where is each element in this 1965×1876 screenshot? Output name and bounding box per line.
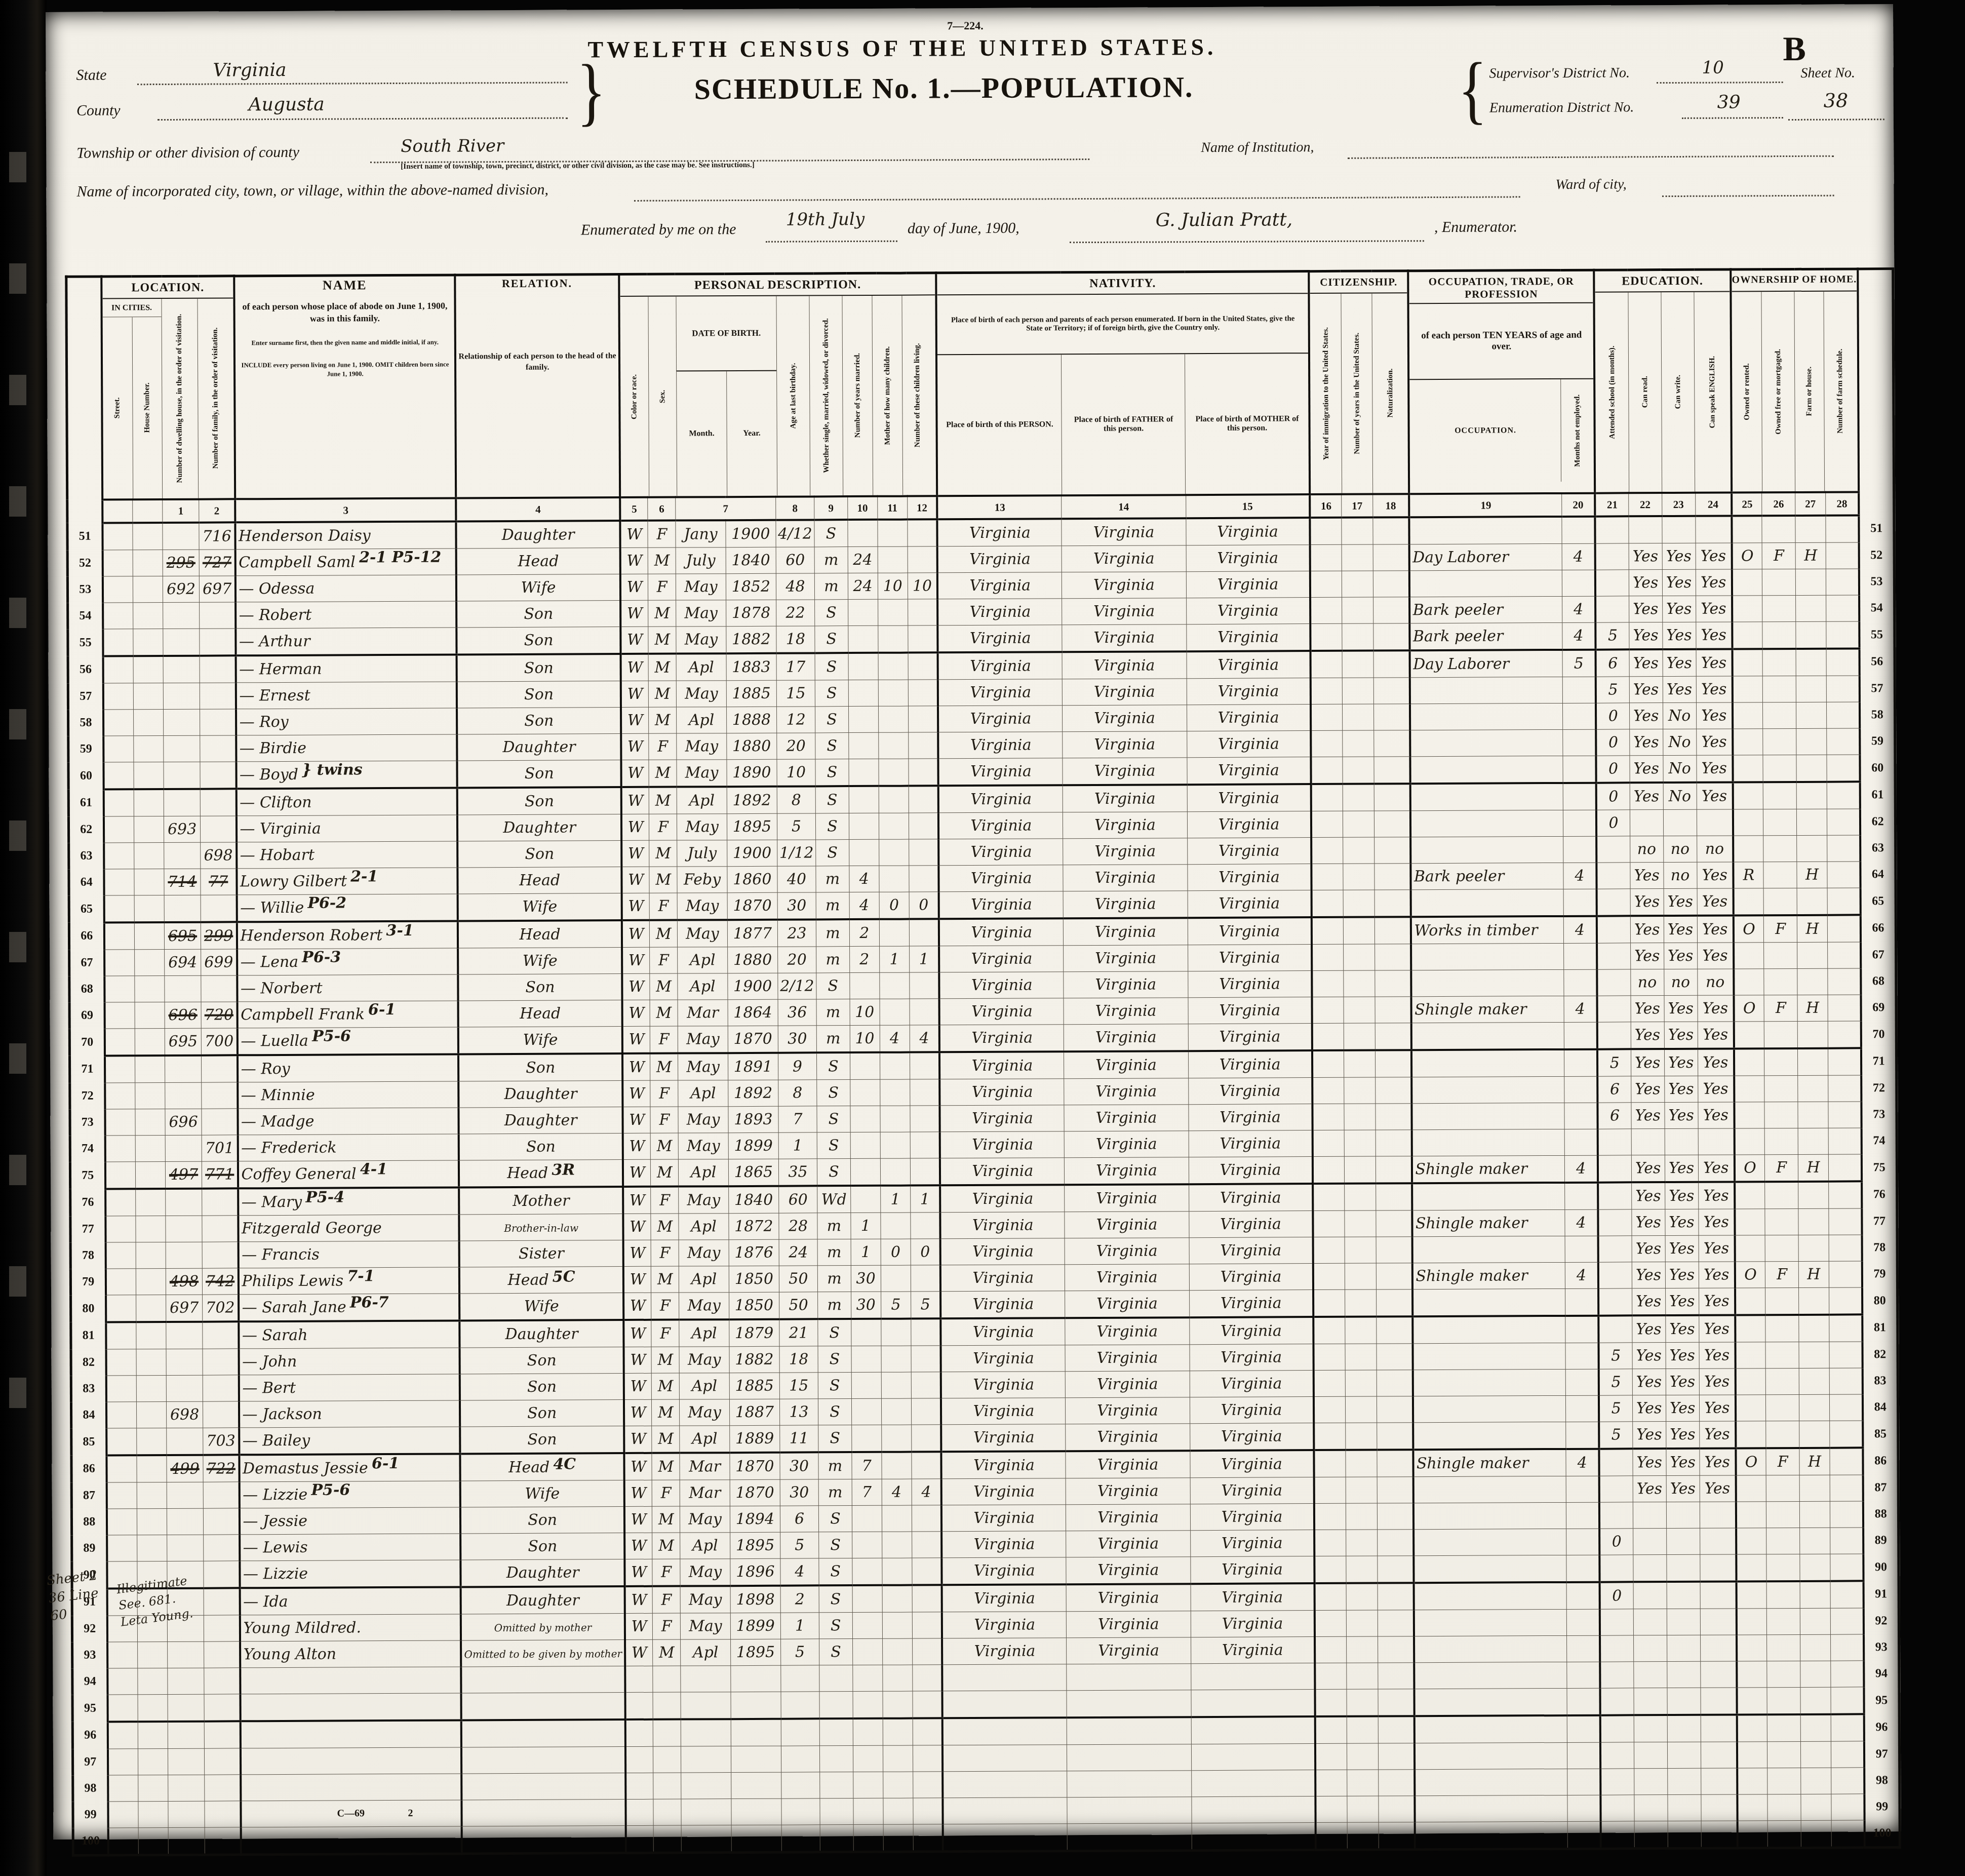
cell-pb: Virginia [938,625,1063,653]
cell-fm [205,1827,241,1855]
ownership-title: OWNERSHIP OF HOME. [1732,270,1857,292]
cell-sch [1601,1821,1634,1849]
cell-wr [1666,1554,1700,1582]
cell-pb: Virginia [940,1079,1065,1106]
cell-pbf [1067,1823,1192,1851]
cell-pbm: Virginia [1187,838,1312,865]
line-number-right: 77 [1862,1208,1897,1235]
cell-fm [200,655,236,683]
cell-sex: F [649,733,677,760]
sheet-header: 7—224. TWELFTH CENSUS OF THE UNITED STAT… [46,4,1894,276]
cell-sch [1600,1609,1633,1635]
cell-name: — Minnie [238,1081,459,1109]
cell-mtg [1763,862,1797,888]
cell-fh [1798,1048,1828,1076]
cell-own [1733,809,1763,836]
cell-own: O [1736,1448,1766,1475]
cell-yi [1313,1156,1344,1184]
cell-rel: Son [460,1426,624,1454]
township-label: Township or other division of county [76,144,299,162]
column-number-cell: 13 [937,495,1062,519]
table-header-row: LOCATION. IN CITIES. Street. House Numbe… [66,269,1894,500]
cell-ym [852,1585,882,1613]
cell-mc [880,1079,910,1106]
cell-occ [1410,756,1563,784]
sex-col-label: Sex. [658,387,667,406]
cell-sex [654,1825,682,1853]
education-title: EDUCATION. [1595,270,1730,292]
line-number-right: 75 [1862,1154,1897,1182]
cell-dw: 696 [165,1109,202,1135]
cell-name: — Roy [238,1054,458,1082]
cell-wr: Yes [1664,888,1697,916]
cell-yi [1312,917,1343,945]
cell-fh [1796,809,1827,835]
cell-rd: Yes [1632,1209,1665,1236]
cell-mo: Apl [676,653,726,681]
institution-label: Name of Institution, [1201,139,1314,156]
cell-mc [883,1824,913,1852]
cell-cl [912,1505,941,1532]
cell-rel: Head [458,867,622,894]
enumerated-label2: day of June, 1900, [908,220,1019,238]
line-number-right: 55 [1860,621,1895,649]
cell-pb: Virginia [941,1398,1066,1425]
cell-mar: m [818,1479,852,1506]
cell-rel: Wife [456,574,620,601]
pob-father-col-label: Place of birth of FATHER of this person. [1062,415,1185,434]
cell-mc [880,1132,910,1158]
cell-hn [138,1827,169,1855]
cell-rel: Son [457,787,621,815]
cell-fs [1828,995,1861,1021]
cell-age: 1 [778,1132,817,1159]
cell-en [1697,809,1733,836]
cell-dw: 714 [164,869,201,895]
cell-hn [137,1642,168,1668]
cell-yr: 1870 [730,1453,780,1480]
cell-pbf: Virginia [1066,1424,1190,1452]
cell-fm [200,602,236,629]
cell-yi [1314,1503,1346,1530]
cell-rel [461,1693,625,1721]
cell-fh: H [1797,995,1828,1021]
cell-col: W [622,1000,650,1026]
cell-mo: May [678,920,728,947]
cell-pb: Virginia [941,1291,1066,1319]
cell-own [1735,1235,1765,1262]
cell-mc: 10 [878,573,908,599]
cell-col: W [620,574,648,600]
cell-pbm: Virginia [1189,1211,1313,1238]
cell-age: 35 [778,1159,817,1186]
cell-yi [1312,944,1344,970]
year-col-label: Year. [743,429,761,438]
cell-rd: Yes [1632,1422,1666,1449]
color-col-label: Color or race. [630,371,639,422]
line-number-left: 77 [70,1216,105,1242]
cell-age [781,1718,820,1746]
cell-mne [1563,943,1597,969]
cell-col: W [621,707,649,733]
cell-own [1735,1128,1765,1155]
cell-yi [1314,1477,1346,1503]
cell-rd [1634,1715,1667,1742]
cell-wr: Yes [1665,1315,1699,1343]
cell-wr [1667,1661,1700,1688]
cell-mne [1566,1609,1600,1635]
cell-fh [1796,595,1826,621]
cell-pbm: Virginia [1190,1450,1315,1478]
cell-mo: May [680,1506,730,1533]
cell-nat [1375,1077,1412,1104]
cell-name: Lowry Gilbert 2-1 [237,868,458,895]
cell-yr: 1870 [727,892,777,920]
cell-mar: S [818,1425,852,1453]
cell-yus [1344,1050,1375,1078]
cell-yr: 1889 [730,1425,780,1453]
relation-desc: Relationship of each person to the head … [456,350,618,373]
cell-fs [1828,1075,1862,1102]
cell-mtg [1763,676,1796,702]
cell-col [625,1799,653,1825]
cell-yi [1315,1689,1347,1716]
cell-ym: 7 [852,1452,882,1479]
cell-fs [1826,702,1860,728]
signature-line [1070,225,1424,243]
cell-st [107,1749,138,1775]
line-number-left: 100 [73,1828,108,1855]
cell-dw [165,1135,202,1161]
cell-rel: Son [456,601,620,628]
cell-mne: 4 [1562,596,1595,622]
cell-mtg [1767,1608,1800,1634]
cell-en [1701,1768,1737,1794]
cell-fs [1827,862,1861,888]
years-married-col-label: Number of years married. [853,350,862,441]
cell-rel [462,1826,626,1854]
cell-mtg: F [1765,1154,1798,1182]
cell-mo: Jany [676,520,726,548]
cell-fm: 716 [199,522,235,550]
cell-mar: S [818,1346,851,1373]
cell-name: — Madge [238,1108,459,1135]
cell-yi [1314,1344,1345,1370]
cell-fs [1830,1608,1864,1634]
cell-fh [1800,1634,1831,1661]
cell-own: O [1735,1155,1765,1182]
cell-fh [1798,1182,1829,1209]
cell-mtg [1763,835,1797,862]
cell-mar [820,1799,853,1825]
cell-nat [1377,1503,1413,1530]
cell-pbf [1067,1690,1191,1718]
cell-yus [1344,1130,1375,1156]
cell-mne [1567,1715,1600,1743]
cell-mo [681,1825,731,1853]
cell-mne [1565,1369,1599,1395]
cell-fs [1828,968,1861,995]
column-number-cell: 18 [1373,494,1409,517]
cell-col: W [622,947,650,973]
cell-fh [1796,676,1826,702]
cell-mtg [1764,968,1797,995]
cell-pbm: Virginia [1189,1130,1313,1157]
cell-col: W [621,733,649,760]
cell-en: Yes [1699,1395,1736,1421]
cell-rd: Yes [1629,729,1663,756]
cell-pbf: Virginia [1063,838,1188,865]
cell-cl [910,1106,940,1132]
cell-mc: 5 [881,1292,911,1319]
cell-pbf: Virginia [1062,518,1186,546]
cell-mne: 5 [1562,650,1596,677]
cell-mo: May [677,814,727,840]
cell-fh: H [1795,542,1826,569]
cell-yr: 1870 [728,1026,778,1053]
cell-cl: 1 [909,946,939,972]
cell-pbf: Virginia [1065,1157,1189,1185]
cell-pbf: Virginia [1064,971,1188,998]
cell-age: 24 [779,1239,818,1266]
cell-st [105,1083,135,1109]
cell-hn [135,1189,166,1216]
cell-mar [820,1825,853,1852]
cell-pbm: Virginia [1188,1024,1313,1051]
cell-sch [1598,1262,1632,1288]
cell-yi [1315,1743,1347,1770]
col-group-name: NAME of each person whose place of abode… [234,275,456,499]
cell-nat [1377,1423,1413,1450]
cell-fs [1828,1154,1862,1182]
cell-hn [134,869,164,895]
cell-fs [1831,1714,1864,1741]
cell-hn [136,1401,167,1428]
cell-pbm: Virginia [1189,1157,1313,1185]
cell-occ [1412,1236,1565,1263]
cell-fs [1827,915,1861,942]
cell-nat [1378,1689,1414,1716]
cell-rel: Omitted by mother [461,1614,625,1640]
cell-yi [1312,837,1343,864]
cell-sch [1597,996,1631,1022]
cell-hn [138,1775,168,1801]
cell-cl [908,546,937,573]
cell-mtg [1767,1661,1800,1687]
line-number-left: 74 [70,1136,105,1162]
cell-ym [848,706,878,732]
cell-sex: M [651,1214,679,1240]
cell-yr: 1892 [727,787,777,814]
cell-mo: May [677,760,727,787]
cell-pbf: Virginia [1066,1451,1190,1478]
farm-house-col-label: Farm or house. [1804,364,1814,419]
cell-en: Yes [1698,1182,1735,1209]
line-number-left: 76 [70,1189,105,1217]
cell-rel: Head [458,1000,622,1027]
cell-mne [1562,703,1596,729]
cell-yr [731,1772,781,1799]
cell-mc [881,1425,911,1452]
cell-yr: 1852 [726,573,776,600]
cell-sch [1597,863,1630,889]
cell-rd: Yes [1631,1103,1665,1129]
cell-fh [1798,1075,1828,1102]
cell-yus [1347,1716,1378,1744]
cell-wr: no [1663,862,1697,888]
line-number-right: 78 [1862,1235,1897,1261]
col-group-education: EDUCATION. Attended school (in months). … [1594,269,1732,493]
cell-nat [1376,1263,1412,1289]
cell-fm [203,1349,239,1375]
cell-pbm [1191,1716,1316,1744]
cell-mtg [1766,1421,1799,1448]
enumerated-label: Enumerated by me on the [581,221,736,239]
cell-name: — Luella P5-6 [238,1027,458,1055]
cell-st [107,1695,138,1722]
cell-ym: 24 [848,573,878,599]
cell-mtg: F [1764,995,1797,1021]
cell-wr: Yes [1664,916,1697,943]
cell-name: — Clifton [237,788,457,815]
cell-cl [909,759,938,786]
cell-yus [1347,1663,1378,1689]
cell-pb [943,1824,1068,1852]
cell-age: 4 [780,1558,819,1586]
cell-age: 18 [776,626,815,653]
cell-col: W [621,681,649,707]
cell-pbm: Virginia [1187,784,1312,812]
cell-mo: May [678,1107,728,1133]
cell-mc [879,786,909,813]
nativity-title: NATIVITY. [937,272,1308,295]
cell-st [106,1376,136,1402]
cell-mo: May [680,1559,730,1586]
cell-nat [1373,650,1410,678]
cell-cl [909,732,938,759]
name-desc: of each person whose place of abode on J… [235,299,454,325]
cell-hn [133,629,163,656]
cell-col: W [621,867,649,893]
cell-st [106,1402,137,1428]
cell-occ: Bark peeler [1410,596,1562,623]
cell-sch [1600,1742,1634,1769]
cell-fs [1826,676,1860,702]
cell-sex: F [652,1559,680,1586]
cell-own: O [1732,543,1762,569]
cell-mar: m [816,919,850,947]
cell-rel: Sister [459,1240,623,1267]
cell-ym [850,1052,880,1080]
cell-fh [1798,1208,1829,1235]
cell-en [1700,1554,1736,1582]
cell-name: Fitzgerald George [239,1215,459,1242]
cell-hn [136,1349,167,1375]
margin-illegitimate-note: Illegitimate See. 681. Leta Young. [115,1572,194,1630]
cell-mc [879,839,909,866]
line-number-right: 59 [1860,728,1895,755]
cell-en: Yes [1698,1102,1734,1128]
cell-pb: Virginia [938,679,1063,706]
cell-yus [1343,811,1374,837]
line-number-right: 98 [1864,1768,1899,1794]
cell-pbm: Virginia [1187,757,1312,785]
cell-fh [1799,1394,1830,1421]
cell-age: 21 [779,1319,818,1346]
cell-st [104,895,134,923]
cell-age: 23 [777,919,816,947]
cell-pbm: Virginia [1187,678,1311,705]
cell-sex: M [650,973,678,1000]
cell-occ [1411,836,1563,863]
cell-cl [913,1824,943,1852]
cell-fm: 771 [202,1161,238,1189]
cell-yi [1316,1770,1347,1796]
line-number-left: 71 [69,1056,104,1083]
line-number-right: 100 [1865,1820,1900,1848]
cell-fm: 703 [203,1428,240,1455]
cell-st [105,1269,136,1295]
cell-occ [1414,1688,1567,1716]
line-number-header-right [1858,269,1894,492]
cell-pb: Virginia [939,972,1064,999]
cell-pbm: Virginia [1190,1556,1315,1584]
cell-ym [851,1346,881,1372]
cell-pbm: Virginia [1191,1637,1315,1664]
cell-rd: Yes [1631,1182,1665,1209]
cell-own [1738,1821,1768,1848]
can-write-col-label: Can write. [1673,372,1683,412]
cell-fs [1831,1687,1864,1714]
cell-dw: 499 [167,1455,203,1482]
cell-occ [1414,1742,1567,1769]
cell-rel [462,1773,626,1800]
cell-mc: 4 [880,1025,910,1052]
cell-mne [1566,1502,1599,1529]
cell-cl [909,813,938,839]
cell-occ [1412,1103,1564,1129]
cell-pb: Virginia [939,918,1064,946]
cell-yi [1314,1317,1345,1344]
name-title: NAME [235,276,454,293]
cell-pbm: Virginia [1186,545,1311,572]
column-number-cell: 16 [1310,494,1342,518]
line-number-left: 51 [67,523,102,551]
cell-mar [819,1718,853,1746]
cell-yus [1343,784,1374,811]
cell-st [102,576,133,603]
cell-fs [1829,1235,1862,1261]
cell-pb: Virginia [937,519,1062,546]
cell-yr: 1882 [726,626,776,653]
cell-pb: Virginia [940,1212,1065,1239]
cell-yi [1313,1184,1345,1211]
cell-mtg [1764,1048,1798,1076]
cell-name [241,1720,461,1748]
cell-col [625,1773,653,1799]
cell-col: W [624,1426,652,1453]
cell-yi [1311,811,1343,837]
cell-occ [1415,1769,1567,1795]
cell-en: Yes [1696,622,1732,649]
cell-mar: m [816,892,849,920]
cell-mo: May [676,627,726,654]
cell-wr: Yes [1665,1262,1699,1288]
cell-col: W [623,1187,651,1214]
cell-fm: 697 [199,576,235,602]
line-number-left: 96 [72,1722,107,1749]
cell-fh [1795,569,1826,595]
